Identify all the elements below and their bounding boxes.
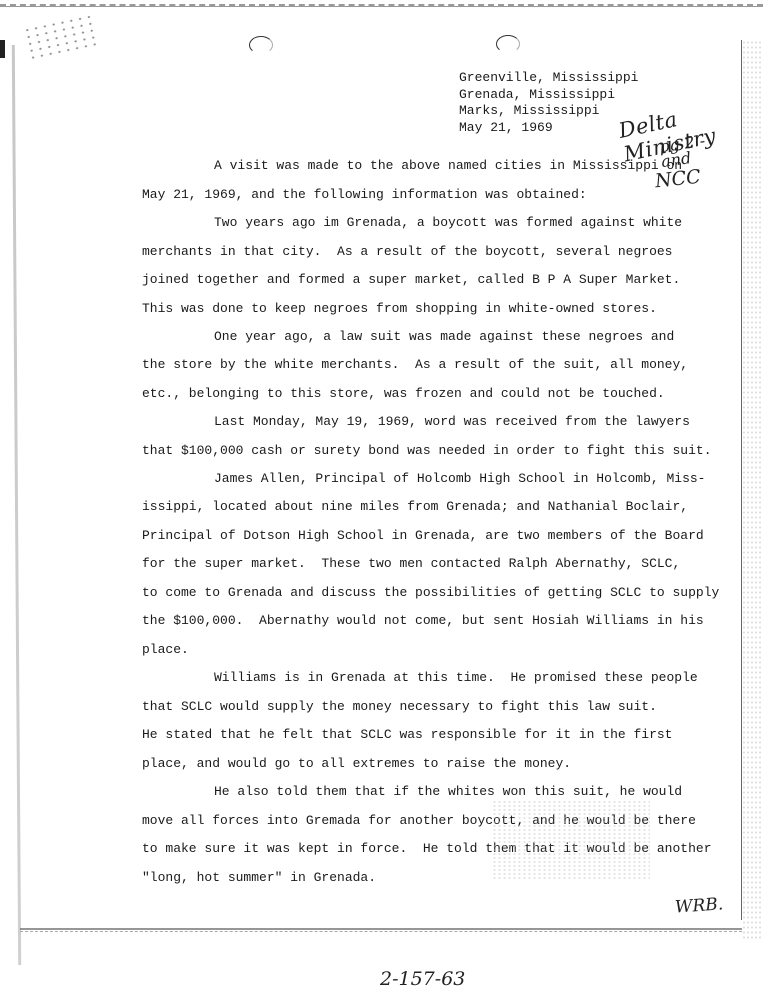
scan-top-rule xyxy=(0,6,763,7)
scan-bottom-rule-dashed xyxy=(20,931,742,933)
body-line: the store by the white merchants. As a r… xyxy=(142,357,688,373)
body-line: One year ago, a law suit was made agains… xyxy=(214,329,674,345)
body-line: etc., belonging to this store, was froze… xyxy=(142,386,665,402)
body-line: merchants in that city. As a result of t… xyxy=(142,244,673,260)
body-line: He also told them that if the whites won… xyxy=(214,784,682,800)
location-date-heading: Greenville, Mississippi Grenada, Mississ… xyxy=(459,70,638,136)
body-line: issippi, located about nine miles from G… xyxy=(142,499,688,515)
scan-left-mark xyxy=(0,40,5,58)
body-line: Principal of Dotson High School in Grena… xyxy=(142,528,704,544)
punch-hole-mark xyxy=(249,36,273,54)
body-line: place, and would go to all extremes to r… xyxy=(142,756,571,772)
body-line: James Allen, Principal of Holcomb High S… xyxy=(214,471,705,487)
body-line: for the super market. These two men cont… xyxy=(142,556,680,572)
scanned-document-page: Greenville, Mississippi Grenada, Mississ… xyxy=(0,0,763,990)
heading-line: Grenada, Mississippi xyxy=(459,87,638,104)
punch-hole-mark xyxy=(496,35,520,53)
body-line: joined together and formed a super marke… xyxy=(142,272,680,288)
body-line: that SCLC would supply the money necessa… xyxy=(142,699,657,715)
body-line: A visit was made to the above named citi… xyxy=(214,158,682,174)
body-line: "long, hot summer" in Grenada. xyxy=(142,870,376,886)
scan-right-noise xyxy=(742,40,763,940)
body-line: the $100,000. Abernathy would not come, … xyxy=(142,613,704,629)
body-line: that $100,000 cash or surety bond was ne… xyxy=(142,443,712,459)
heading-date: May 21, 1969 xyxy=(459,120,638,137)
body-line: place. xyxy=(142,642,189,658)
body-line: May 21, 1969, and the following informat… xyxy=(142,187,587,203)
handwritten-file-number: 2-157-63 xyxy=(380,968,465,990)
heading-line: Greenville, Mississippi xyxy=(459,70,638,87)
body-line: Two years ago im Grenada, a boycott was … xyxy=(214,215,682,231)
scan-left-edge xyxy=(12,45,21,965)
body-line: This was done to keep negroes from shopp… xyxy=(142,301,657,317)
handwritten-initials: WRB. xyxy=(674,894,723,917)
body-line: to come to Grenada and discuss the possi… xyxy=(142,585,719,601)
scan-bottom-rule xyxy=(20,928,742,930)
heading-line: Marks, Mississippi xyxy=(459,103,638,120)
corner-scribble-mark xyxy=(22,13,98,62)
scan-smudge xyxy=(492,800,650,880)
body-line: Last Monday, May 19, 1969, word was rece… xyxy=(214,414,690,430)
body-line: He stated that he felt that SCLC was res… xyxy=(142,727,673,743)
body-line: Williams is in Grenada at this time. He … xyxy=(214,670,698,686)
